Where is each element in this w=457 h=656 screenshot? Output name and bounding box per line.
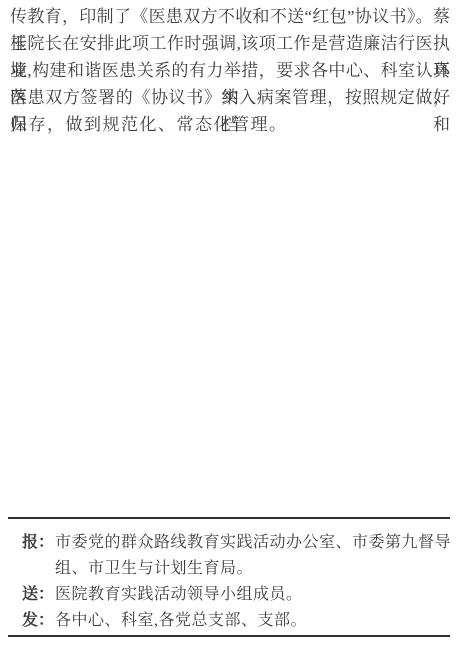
body-text-line: 桂院长在安排此项工作时强调,该项工作是营造廉洁行医执业环	[10, 30, 450, 57]
entry-label-spacer	[22, 556, 55, 582]
body-text-line: 医患双方签署的《协议书》纳入病案管理，按照规定做好归档和	[10, 84, 450, 111]
body-paragraph: 传教育，印制了《医患双方不收和不送“红包”协议书》。蔡玉 桂院长在安排此项工作时…	[10, 3, 450, 138]
entry-text: 医院教育实践活动领导小组成员。	[55, 582, 450, 608]
distribution-entry-send: 送： 医院教育实践活动领导小组成员。	[22, 582, 450, 608]
separator-rule-bottom	[8, 635, 450, 637]
distribution-entry-report: 报： 市委党的群众路线教育实践活动办公室、市委第九督导	[22, 530, 450, 556]
entry-label: 送：	[22, 582, 55, 608]
distribution-list: 报： 市委党的群众路线教育实践活动办公室、市委第九督导 组、市卫生与计划生育局。…	[8, 517, 450, 637]
body-text-line: 传教育，印制了《医患双方不收和不送“红包”协议书》。蔡玉	[10, 3, 450, 30]
entry-text: 组、市卫生与计划生育局。	[55, 556, 450, 582]
body-text-line: 境,构建和谐医患关系的有力举措，要求各中心、科室认真落实，	[10, 57, 450, 84]
entry-text: 各中心、科室,各党总支部、支部。	[55, 608, 450, 634]
entry-text: 市委党的群众路线教育实践活动办公室、市委第九督导	[55, 530, 451, 556]
distribution-entry-issue: 发： 各中心、科室,各党总支部、支部。	[22, 608, 450, 634]
entry-label: 发：	[22, 608, 55, 634]
entry-label: 报：	[22, 530, 55, 556]
distribution-entry-report-continuation: 组、市卫生与计划生育局。	[22, 556, 450, 582]
distribution-rows: 报： 市委党的群众路线教育实践活动办公室、市委第九督导 组、市卫生与计划生育局。…	[8, 519, 450, 635]
document-page: 传教育，印制了《医患双方不收和不送“红包”协议书》。蔡玉 桂院长在安排此项工作时…	[0, 0, 457, 656]
